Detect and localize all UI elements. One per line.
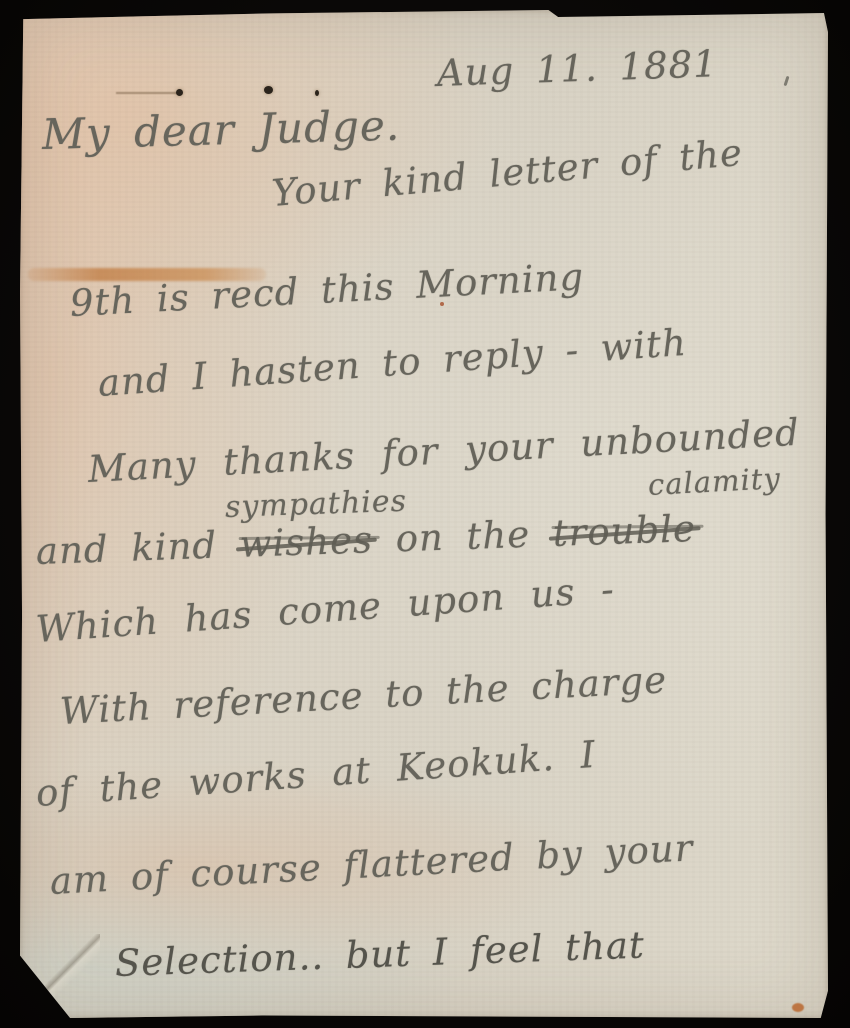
handwritten-line: of the works at Keokuk. I — [35, 733, 598, 815]
photo-background: Aug 11. 1881 My dear Judge. Your kind le… — [0, 0, 850, 1028]
struck-word: wishes — [239, 518, 374, 566]
stain-spot — [792, 1003, 804, 1012]
handwritten-line: Which has come upon us - — [35, 568, 616, 651]
inserted-word-above-line: calamity — [647, 461, 782, 502]
letter-salutation: My dear Judge. — [41, 101, 400, 159]
handwritten-line: Selection.. but I feel that — [114, 924, 645, 985]
handwritten-line: With reference to the charge — [59, 658, 668, 733]
scratch-mark — [116, 92, 182, 94]
handwritten-line: and I hasten to reply - with — [97, 321, 689, 405]
pin-hole — [176, 89, 183, 96]
pin-hole — [264, 86, 273, 94]
struck-word: trouble — [552, 507, 696, 555]
line-text: on the — [395, 513, 531, 561]
letter-paper: Aug 11. 1881 My dear Judge. Your kind le… — [20, 10, 828, 1018]
line-text: and kind — [35, 524, 217, 573]
handwritten-line: am of course flattered by your — [49, 826, 694, 903]
handwritten-line: 9th is recd this Morning — [69, 255, 585, 325]
letter-date: Aug 11. 1881 — [436, 42, 718, 95]
folded-corner — [16, 934, 100, 1022]
pin-hole — [315, 90, 319, 96]
stray-pencil-mark — [784, 76, 790, 86]
